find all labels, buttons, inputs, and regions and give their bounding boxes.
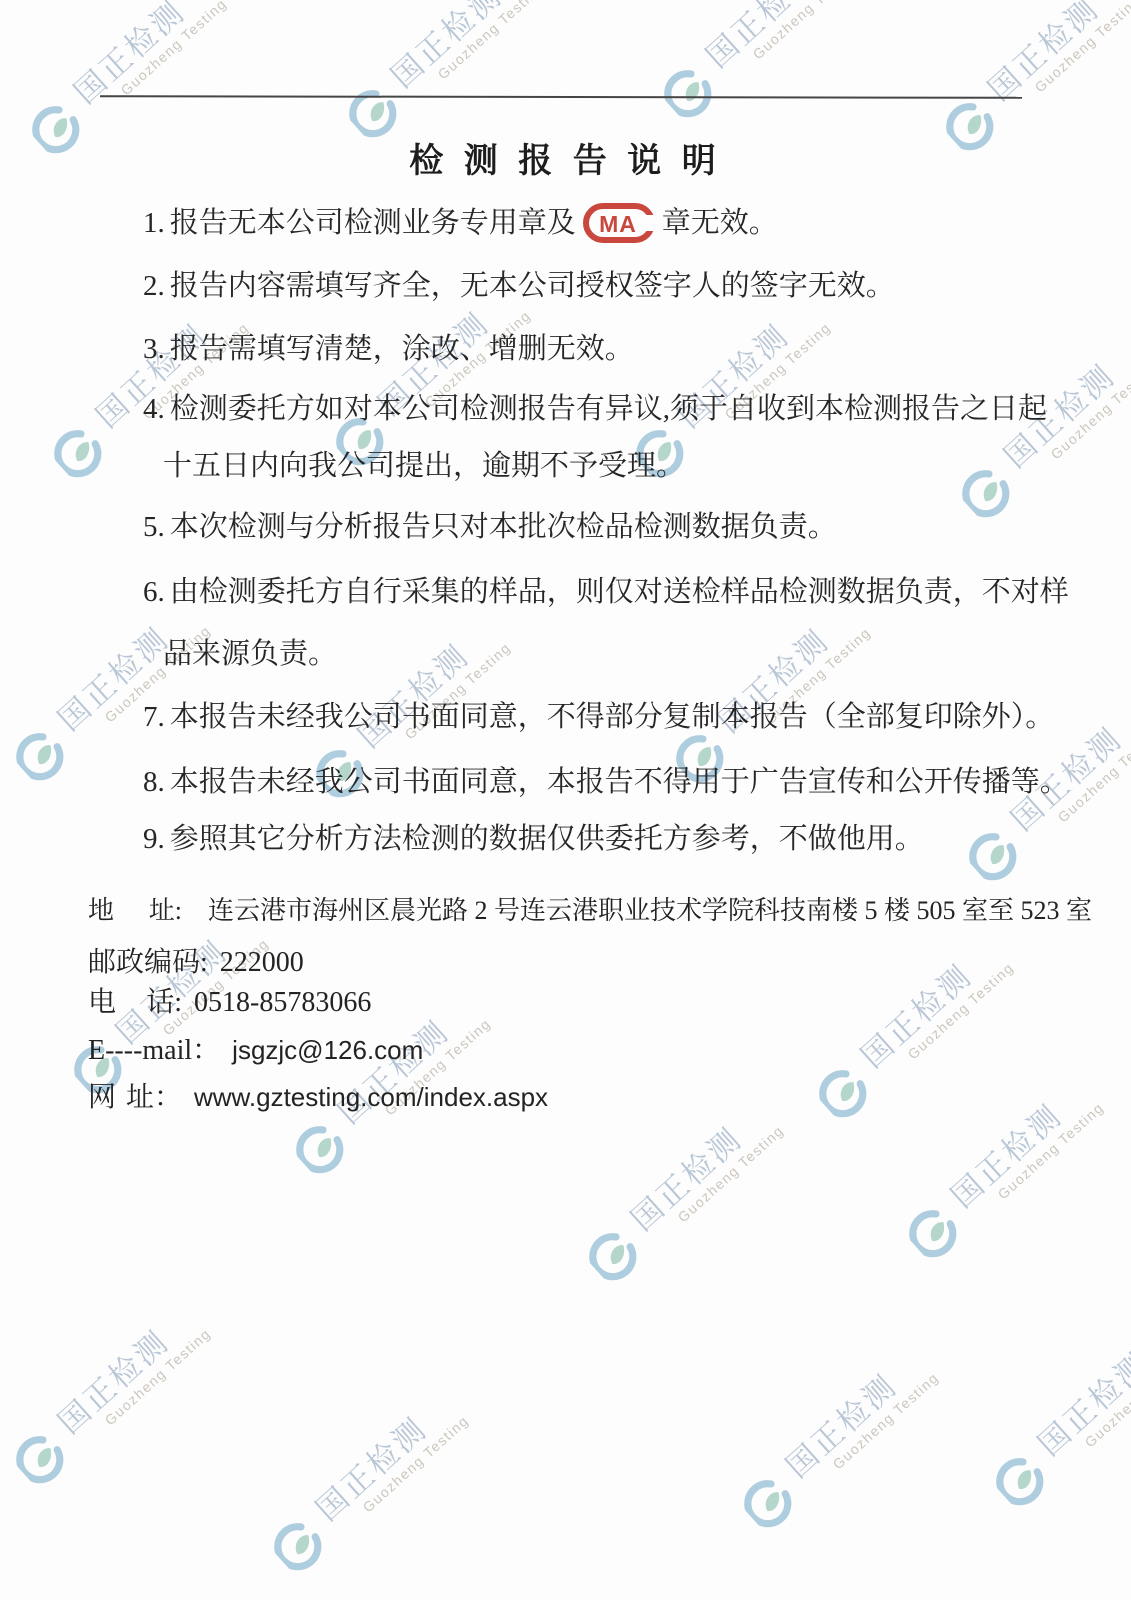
website-value: www.gztesting.com/index.aspx <box>194 1079 548 1115</box>
cma-stamp-text: MA <box>599 211 637 237</box>
note-item-5: 5.本次检测与分析报告只对本批次检品检测数据负责。 <box>143 508 1108 546</box>
item-text: 报告无本公司检测业务专用章及 <box>170 204 576 242</box>
item-text: 报告需填写清楚，涂改、增删无效。 <box>170 333 634 365</box>
item-number: 3. <box>143 333 165 365</box>
item-text: 章无效。 <box>662 204 778 242</box>
item-text: 本次检测与分析报告只对本批次检品检测数据负责。 <box>170 511 837 543</box>
item-number: 1. <box>143 204 165 242</box>
postal-label: 邮政编码: <box>88 945 208 981</box>
item-line: 十五日内向我公司提出，逾期不予受理。 <box>143 447 1108 485</box>
note-item-4: 4.检测委托方如对本公司检测报告有异议,须于自收到本检测报告之日起 十五日内向我… <box>143 390 1108 485</box>
item-number: 5. <box>143 511 165 543</box>
item-text: 参照其它分析方法检测的数据仅供委托方参考，不做他用。 <box>170 823 924 855</box>
item-number: 6. <box>143 576 165 608</box>
contact-block: 地 址: 连云港市海州区晨光路 2 号连云港职业技术学院科技南楼 5 楼 505… <box>88 893 1092 1116</box>
item-number: 8. <box>143 766 165 798</box>
cma-stamp-icon: MA <box>582 202 656 244</box>
page-content: 检 测 报 告 说 明 1. 报告无本公司检测业务专用章及 MA 章无效。 2.… <box>0 0 1131 1600</box>
note-item-6: 6.由检测委托方自行采集的样品，则仅对送检样品检测数据负责，不对样 品来源负责。 <box>143 573 1108 673</box>
item-number: 4. <box>143 393 165 425</box>
note-item-2: 2.报告内容需填写齐全，无本公司授权签字人的签字无效。 <box>143 267 1108 305</box>
item-line: 6.由检测委托方自行采集的样品，则仅对送检样品检测数据负责，不对样 <box>143 573 1108 611</box>
item-text: 本报告未经我公司书面同意，不得部分复制本报告（全部复印除外）。 <box>170 701 1055 733</box>
item-number: 9. <box>143 823 165 855</box>
address-value: 连云港市海州区晨光路 2 号连云港职业技术学院科技南楼 5 楼 505 室至 5… <box>208 893 1092 929</box>
email-label: E----mail： <box>88 1033 220 1069</box>
address-row: 地 址: 连云港市海州区晨光路 2 号连云港职业技术学院科技南楼 5 楼 505… <box>88 893 1092 929</box>
item-number: 2. <box>143 270 165 302</box>
notes-list: 1. 报告无本公司检测业务专用章及 MA 章无效。 2.报告内容需填写齐全，无本… <box>143 199 1108 858</box>
item-line: 4.检测委托方如对本公司检测报告有异议,须于自收到本检测报告之日起 <box>143 390 1108 428</box>
email-row: E----mail： jsgzjc@126.com <box>88 1032 1092 1069</box>
item-text: 检测委托方如对本公司检测报告有异议,须于自收到本检测报告之日起 <box>170 393 1047 425</box>
report-notes-page: 国正检测Guozheng Testing国正检测Guozheng Testing… <box>0 0 1131 1600</box>
note-item-7: 7.本报告未经我公司书面同意，不得部分复制本报告（全部复印除外）。 <box>143 698 1108 736</box>
phone-value: 0518-85783066 <box>194 985 371 1021</box>
item-text: 由检测委托方自行采集的样品，则仅对送检样品检测数据负责，不对样 <box>170 576 1069 608</box>
note-item-1: 1. 报告无本公司检测业务专用章及 MA 章无效。 <box>143 199 1108 247</box>
item-line: 品来源负责。 <box>143 635 1108 673</box>
item-text: 本报告未经我公司书面同意，本报告不得用于广告宣传和公开传播等。 <box>170 766 1069 798</box>
postal-row: 邮政编码: 222000 <box>88 945 1092 981</box>
note-item-9: 9.参照其它分析方法检测的数据仅供委托方参考，不做他用。 <box>143 820 1108 858</box>
phone-row: 电 话: 0518-85783066 <box>88 985 1092 1021</box>
page-title: 检 测 报 告 说 明 <box>0 133 1131 182</box>
address-label: 地 址: <box>88 893 182 929</box>
website-row: 网 址： www.gztesting.com/index.aspx <box>88 1079 1092 1116</box>
note-item-3: 3.报告需填写清楚，涂改、增删无效。 <box>143 330 1108 368</box>
email-value: jsgzjc@126.com <box>232 1032 423 1068</box>
postal-value: 222000 <box>220 945 304 981</box>
header-rule <box>100 95 1022 99</box>
note-item-8: 8.本报告未经我公司书面同意，本报告不得用于广告宣传和公开传播等。 <box>143 763 1108 801</box>
item-text: 报告内容需填写齐全，无本公司授权签字人的签字无效。 <box>170 270 895 302</box>
website-label: 网 址： <box>88 1080 182 1116</box>
item-number: 7. <box>143 701 165 733</box>
phone-label: 电 话: <box>88 985 182 1021</box>
